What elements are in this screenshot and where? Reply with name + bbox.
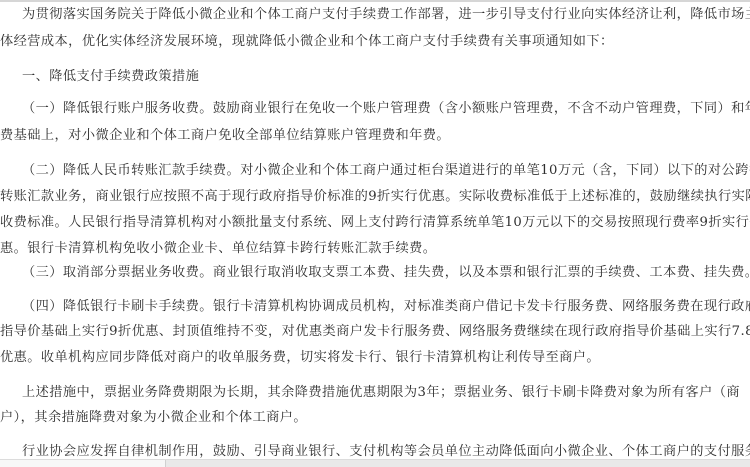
document-line: 优惠。收单机构应同步降低对商户的收单服务费，切实将发卡行、银行卡清算机构让利传导… (0, 350, 600, 366)
document-line: 惠。银行卡清算机构免收小微企业卡、单位结算卡跨行转账汇款手续费。 (0, 241, 436, 257)
document-line: 一、降低支付手续费政策措施 (22, 69, 199, 85)
document-line: （二）降低人民币转账汇款手续费。对小微企业和个体工商户通过柜台渠道进行的单笔10… (22, 163, 750, 179)
document-line: （四）降低银行卡刷卡手续费。银行卡清算机构协调成员机构，对标准类商户借记卡发卡行… (22, 299, 750, 315)
top-border (0, 0, 750, 2)
document-line: （三）取消部分票据业务收费。商业银行取消收取支票工本费、挂失费，以及本票和银行汇… (22, 265, 750, 281)
scrollbar-thumb[interactable] (0, 460, 166, 467)
document-line: 费基础上，对小微企业和个体工商户免收全部单位结算账户管理费和年费。 (0, 128, 450, 144)
document-line: 转账汇款业务，商业银行应按照不高于现行政府指导价标准的9折实行优惠。实际收费标准… (0, 189, 750, 205)
document-line: 体经营成本，优化实体经济发展环境，现就降低小微企业和个体工商户支付手续费有关事项… (0, 34, 614, 50)
document-line: 户），其余措施降费对象为小微企业和个体工商户。 (0, 410, 307, 426)
document-line: 上述措施中，票据业务降费期限为长期，其余降费措施优惠期限为3年；票据业务、银行卡… (22, 385, 740, 401)
document-line: 指导价基础上实行9折优惠、封顶值维持不变，对优惠类商户发卡行服务费、网络服务费继… (0, 324, 750, 340)
document-line: （一）降低银行账户服务收费。鼓励商业银行在免收一个账户管理费（含小额账户管理费，… (22, 101, 750, 117)
horizontal-scrollbar[interactable] (0, 459, 750, 467)
document-line: 收费标准。人民银行指导清算机构对小额批量支付系统、网上支付跨行清算系统单笔10万… (0, 215, 750, 231)
document-line: 行业协会应发挥自律机制作用，鼓励、引导商业银行、支付机构等会员单位主动降低面向小… (22, 444, 750, 460)
document-line: 为贯彻落实国务院关于降低小微企业和个体工商户支付手续费工作部署，进一步引导支付行… (22, 7, 750, 23)
